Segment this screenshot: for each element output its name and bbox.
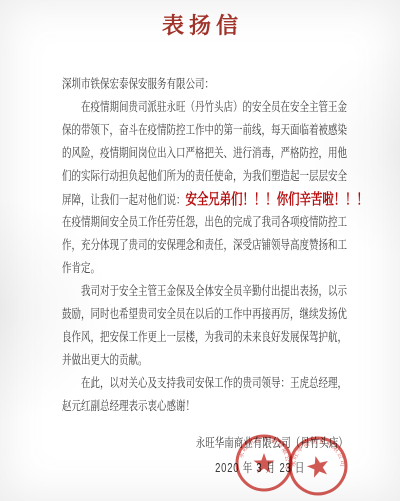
letter-line-text: 保的带领下，奋斗在疫情防控工作中的第一前线，每天面临着被感染 xyxy=(62,123,347,137)
letter-line: 鼓励，同时也希望贵司安全员在以后的工作中再接再厉，继续发扬优 xyxy=(62,303,349,326)
letter-line-text: 深圳市铁保宏泰保安服务有限公司： xyxy=(62,77,214,91)
letter-line: 赵元红副总经理表示衷心感谢！ xyxy=(62,395,349,418)
letter-line: 在疫情期间安全员工作任劳任怨，出色的完成了我司各项疫情防控工 xyxy=(62,211,349,234)
letter-line: 在此，以对关心及支持我司安保工作的贵司领导：王虎总经理， xyxy=(62,372,349,395)
letter-line: 作，充分体现了贵司的安保理念和责任，深受店铺领导高度赞扬和工 xyxy=(62,234,349,257)
letter-line-text: 良作风，把安保工作更上一层楼，为我司的未来良好发展保驾护航， xyxy=(62,330,347,344)
letter-line-text: 作，充分体现了贵司的安保理念和责任，深受店铺领导高度赞扬和工 xyxy=(62,238,347,252)
letter-line: 我司对于安全主管王金保及全体安全员辛勤付出提出表扬，以示 xyxy=(62,280,349,303)
letter-body: 深圳市铁保宏泰保安服务有限公司： 在疫情期间贵司派驻永旺（丹竹头店）的安全员在安… xyxy=(62,73,349,480)
letter-line: 并做出更大的贡献。 xyxy=(62,349,349,372)
letter-line-text: 在疫情期间贵司派驻永旺（丹竹头店）的安全员在安全主管王金 xyxy=(81,100,347,114)
letter-line: 作肯定。 xyxy=(62,257,349,280)
letter-line-text: 的风险，疫情期间岗位出入口严格把关、进行消毒，严格防控，用他 xyxy=(62,146,347,160)
letter-salutation: 深圳市铁保宏泰保安服务有限公司： xyxy=(62,73,349,96)
letter-line: 良作风，把安保工作更上一层楼，为我司的未来良好发展保驾护航， xyxy=(62,326,349,349)
letter-line-text: 们的实际行动担负起他们所为的责任使命，为我们塑造起一层层安全 xyxy=(62,169,347,183)
letter-line-text: 赵元红副总经理表示衷心感谢！ xyxy=(62,399,195,413)
letter-line-text: 鼓励，同时也希望贵司安全员在以后的工作中再接再厉，继续发扬优 xyxy=(62,307,347,321)
letter-line-text: 我司对于安全主管王金保及全体安全员辛勤付出提出表扬，以示 xyxy=(81,284,347,298)
letter-line-text: 作肯定。 xyxy=(62,261,100,275)
letter-line: 的风险，疫情期间岗位出入口严格把关、进行消毒，严格防控，用他 xyxy=(62,142,349,165)
letter-title: 表扬信 xyxy=(0,9,400,40)
letter-line: 保的带领下，奋斗在疫情防控工作中的第一前线，每天面临着被感染 xyxy=(62,119,349,142)
letter-line-text: 在此，以对关心及支持我司安保工作的贵司领导：王虎总经理， xyxy=(81,376,347,390)
letter-line-text: 在疫情期间安全员工作任劳任怨，出色的完成了我司各项疫情防控工 xyxy=(62,215,347,229)
highlight-text: 安全兄弟们！！！你们辛苦啦！！！ xyxy=(186,191,368,208)
letter-line: 们的实际行动担负起他们所为的责任使命，为我们塑造起一层层安全 xyxy=(62,165,349,188)
letter-line: 在疫情期间贵司派驻永旺（丹竹头店）的安全员在安全主管王金 xyxy=(62,96,349,119)
letter-photo: 表扬信 深圳市铁保宏泰保安服务有限公司： 在疫情期间贵司派驻永旺（丹竹头店）的安… xyxy=(0,0,400,501)
letter-line: 屏障，让我们一起对他们说：安全兄弟们！！！你们辛苦啦！！！ xyxy=(62,188,349,211)
letter-line-text: 并做出更大的贡献。 xyxy=(62,353,148,367)
letter-line-text: 屏障，让我们一起对他们说： xyxy=(62,193,186,207)
